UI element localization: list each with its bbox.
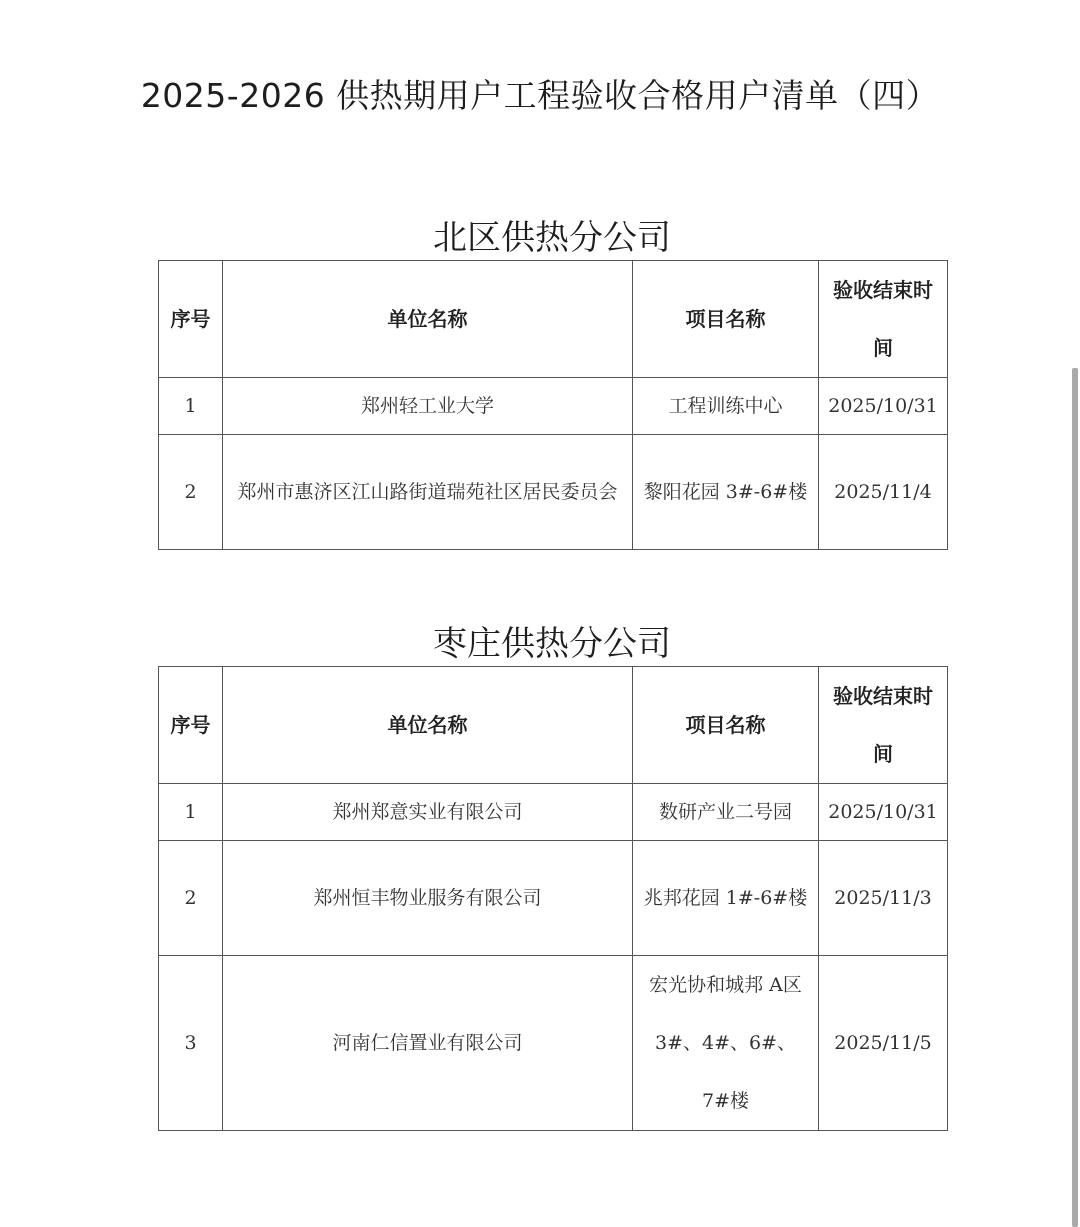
table-row: 2 郑州恒丰物业服务有限公司 兆邦花园 1#-6#楼 2025/11/3 <box>159 841 948 956</box>
cell-unit-name: 河南仁信置业有限公司 <box>223 956 633 1131</box>
cell-end-time: 2025/10/31 <box>819 784 948 841</box>
cell-index: 2 <box>159 435 223 550</box>
header-unit-name: 单位名称 <box>223 261 633 378</box>
table-zaozhuang-branch: 序号 单位名称 项目名称 验收结束时间 1 郑州郑意实业有限公司 数研产业二号园… <box>158 666 948 1131</box>
cell-project-name: 工程训练中心 <box>633 378 819 435</box>
cell-project-name: 宏光协和城邦 A区 3#、4#、6#、7#楼 <box>633 956 819 1131</box>
cell-index: 3 <box>159 956 223 1131</box>
document-title: 2025-2026 供热期用户工程验收合格用户清单（四） <box>0 70 1080 117</box>
cell-index: 1 <box>159 378 223 435</box>
table-row: 3 河南仁信置业有限公司 宏光协和城邦 A区 3#、4#、6#、7#楼 2025… <box>159 956 948 1131</box>
vertical-scrollbar[interactable] <box>1072 368 1078 1227</box>
header-end-time: 验收结束时间 <box>819 667 948 784</box>
cell-end-time: 2025/10/31 <box>819 378 948 435</box>
cell-project-name: 兆邦花园 1#-6#楼 <box>633 841 819 956</box>
header-index: 序号 <box>159 261 223 378</box>
cell-project-name: 数研产业二号园 <box>633 784 819 841</box>
section-title-north: 北区供热分公司 <box>0 210 1080 259</box>
cell-project-name: 黎阳花园 3#-6#楼 <box>633 435 819 550</box>
section-title-zaozhuang: 枣庄供热分公司 <box>0 616 1080 665</box>
table-row: 2 郑州市惠济区江山路街道瑞苑社区居民委员会 黎阳花园 3#-6#楼 2025/… <box>159 435 948 550</box>
header-end-time: 验收结束时间 <box>819 261 948 378</box>
cell-unit-name: 郑州恒丰物业服务有限公司 <box>223 841 633 956</box>
header-index: 序号 <box>159 667 223 784</box>
cell-unit-name: 郑州郑意实业有限公司 <box>223 784 633 841</box>
header-unit-name: 单位名称 <box>223 667 633 784</box>
table-north-branch: 序号 单位名称 项目名称 验收结束时间 1 郑州轻工业大学 工程训练中心 202… <box>158 260 948 550</box>
table-header-row: 序号 单位名称 项目名称 验收结束时间 <box>159 261 948 378</box>
cell-end-time: 2025/11/3 <box>819 841 948 956</box>
cell-index: 2 <box>159 841 223 956</box>
cell-unit-name: 郑州市惠济区江山路街道瑞苑社区居民委员会 <box>223 435 633 550</box>
cell-unit-name: 郑州轻工业大学 <box>223 378 633 435</box>
table-header-row: 序号 单位名称 项目名称 验收结束时间 <box>159 667 948 784</box>
table-row: 1 郑州轻工业大学 工程训练中心 2025/10/31 <box>159 378 948 435</box>
cell-end-time: 2025/11/4 <box>819 435 948 550</box>
cell-end-time: 2025/11/5 <box>819 956 948 1131</box>
cell-index: 1 <box>159 784 223 841</box>
header-project-name: 项目名称 <box>633 261 819 378</box>
table-row: 1 郑州郑意实业有限公司 数研产业二号园 2025/10/31 <box>159 784 948 841</box>
header-project-name: 项目名称 <box>633 667 819 784</box>
